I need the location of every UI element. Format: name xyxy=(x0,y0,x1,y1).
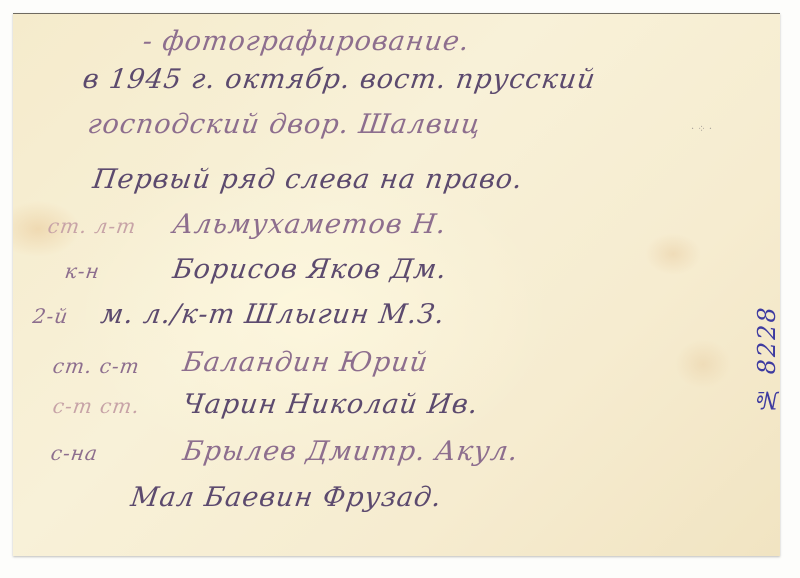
inscription-line-1: - фотографирование. xyxy=(141,26,472,57)
inscription-line-2: в 1945 г. октябр. вост. прусский xyxy=(81,64,598,95)
ink-specks: · ⁘ · xyxy=(691,124,712,135)
inscription-line-5: Альмухаметов Н. xyxy=(171,209,449,240)
inscription-line-4: Первый ряд слева на право. xyxy=(91,164,525,195)
inscription-line-6: Борисов Яков Дм. xyxy=(171,254,449,285)
photo-card-back: - фотографирование. в 1945 г. октябр. во… xyxy=(13,13,780,556)
rank-label-3: 2-й xyxy=(31,304,70,328)
inscription-line-9: Чарин Николай Ив. xyxy=(181,389,481,420)
rank-label-4: ст. с-т xyxy=(51,354,141,378)
inscription-line-7: м. л./к-т Шлыгин М.З. xyxy=(99,299,447,330)
archive-number: № 8228 xyxy=(753,224,783,414)
inscription-line-8: Баландин Юрий xyxy=(181,347,431,378)
rank-label-1: ст. л-т xyxy=(46,214,138,238)
rank-label-5: с-т ст. xyxy=(51,394,141,418)
inscription-line-10: Брылев Дмитр. Акул. xyxy=(181,436,521,467)
inscription-line-3: господский двор. Шалвиц xyxy=(86,109,483,140)
rank-label-6: с-на xyxy=(49,441,99,465)
inscription-line-11: Мал Баевин Фрузад. xyxy=(129,482,444,513)
rank-label-2: к-н xyxy=(63,259,101,283)
